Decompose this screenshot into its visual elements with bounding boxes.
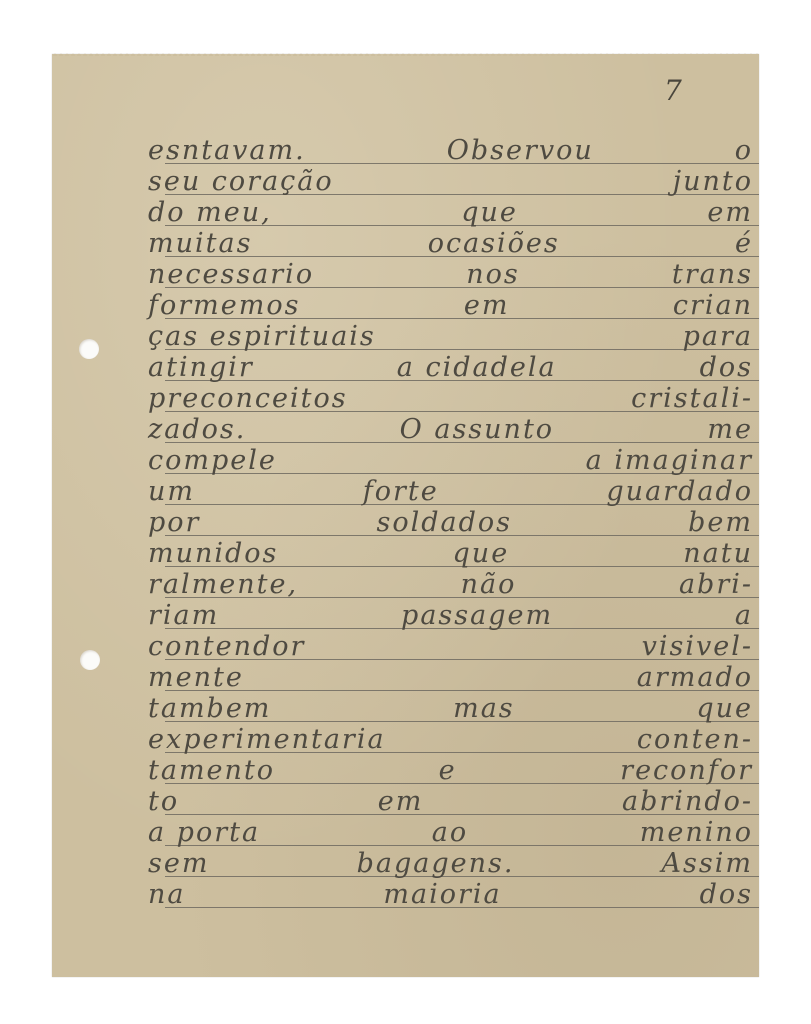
handwritten-word: abri- bbox=[679, 570, 753, 600]
handwritten-word: conten- bbox=[637, 725, 753, 755]
handwritten-word: seu coração bbox=[148, 167, 334, 197]
handwritten-word: esntavam. bbox=[148, 136, 306, 166]
handwritten-word: ocasiões bbox=[428, 229, 560, 259]
handwritten-word: a bbox=[735, 601, 753, 631]
handwritten-word: dos bbox=[700, 353, 753, 383]
handwritten-word: tambem bbox=[148, 694, 271, 724]
handwritten-word: ao bbox=[432, 818, 468, 848]
manuscript-page: 7 esntavam.Observouoseu coraçãojuntodo m… bbox=[52, 54, 759, 977]
handwritten-word: me bbox=[707, 415, 753, 445]
handwritten-word: que bbox=[461, 198, 518, 228]
handwritten-word: junto bbox=[673, 167, 753, 197]
handwritten-word: preconceitos bbox=[148, 384, 348, 414]
handwritten-word: Observou bbox=[447, 136, 594, 166]
handwritten-word: muitas bbox=[148, 229, 252, 259]
handwritten-word: forte bbox=[363, 477, 439, 507]
handwritten-word: atingir bbox=[148, 353, 254, 383]
handwritten-line: esntavam.Observouo bbox=[148, 136, 753, 166]
handwritten-line: contendorvisivel- bbox=[148, 632, 753, 662]
handwritten-word: menino bbox=[640, 818, 753, 848]
handwritten-word: cristali- bbox=[631, 384, 753, 414]
handwritten-word: ças espirituais bbox=[148, 322, 376, 352]
handwritten-word: para bbox=[683, 322, 753, 352]
handwritten-word: natu bbox=[683, 539, 753, 569]
handwritten-word: bem bbox=[688, 508, 753, 538]
handwritten-word: por bbox=[148, 508, 200, 538]
perforated-top-edge bbox=[52, 51, 759, 56]
handwritten-word: que bbox=[453, 539, 510, 569]
handwritten-word: reconfor bbox=[620, 756, 753, 786]
handwritten-word: o bbox=[735, 136, 753, 166]
handwritten-line: muitasocasiõesé bbox=[148, 229, 753, 259]
handwritten-line: mentearmado bbox=[148, 663, 753, 693]
punch-hole-bottom bbox=[80, 650, 100, 670]
handwritten-word: soldados bbox=[377, 508, 513, 538]
handwritten-line: formemosemcrian bbox=[148, 291, 753, 321]
handwritten-line: seu coraçãojunto bbox=[148, 167, 753, 197]
handwritten-word: e bbox=[439, 756, 457, 786]
handwritten-line: preconceitoscristali- bbox=[148, 384, 753, 414]
handwritten-line: toemabrindo- bbox=[148, 787, 753, 817]
handwritten-word: O assunto bbox=[400, 415, 554, 445]
handwritten-word: um bbox=[148, 477, 195, 507]
handwritten-word: munidos bbox=[148, 539, 278, 569]
handwritten-word: guardado bbox=[606, 477, 753, 507]
handwritten-word: mente bbox=[148, 663, 244, 693]
handwritten-line: do meu,queem bbox=[148, 198, 753, 228]
handwritten-word: riam bbox=[148, 601, 219, 631]
handwritten-line: a portaaomenino bbox=[148, 818, 753, 848]
handwritten-line: tambemmasque bbox=[148, 694, 753, 724]
handwritten-word: armado bbox=[637, 663, 753, 693]
handwritten-word: zados. bbox=[148, 415, 246, 445]
handwritten-word: na bbox=[148, 880, 186, 910]
handwritten-word: do meu, bbox=[148, 198, 272, 228]
handwritten-line: sembagagens.Assim bbox=[148, 849, 753, 879]
handwritten-word: mas bbox=[453, 694, 515, 724]
handwritten-word: to bbox=[148, 787, 179, 817]
handwritten-line: compelea imaginar bbox=[148, 446, 753, 476]
handwritten-word: crian bbox=[673, 291, 753, 321]
handwritten-line: ralmente,nãoabri- bbox=[148, 570, 753, 600]
handwritten-line: necessarionostrans bbox=[148, 260, 753, 290]
handwritten-line: ças espirituaispara bbox=[148, 322, 753, 352]
handwritten-word: a porta bbox=[148, 818, 260, 848]
handwritten-word: não bbox=[461, 570, 517, 600]
handwritten-word: que bbox=[696, 694, 753, 724]
handwritten-word: visivel- bbox=[642, 632, 753, 662]
handwritten-word: em bbox=[707, 198, 753, 228]
handwritten-word: a cidadela bbox=[397, 353, 557, 383]
handwritten-line: namaioriados bbox=[148, 880, 753, 910]
handwritten-word: em bbox=[378, 787, 424, 817]
handwritten-word: ralmente, bbox=[148, 570, 298, 600]
handwritten-word: bagagens. bbox=[357, 849, 515, 879]
handwritten-word: tamento bbox=[148, 756, 275, 786]
handwritten-word: formemos bbox=[148, 291, 300, 321]
handwritten-line: experimentariaconten- bbox=[148, 725, 753, 755]
handwritten-line: riampassagema bbox=[148, 601, 753, 631]
handwritten-line: umforteguardado bbox=[148, 477, 753, 507]
handwritten-word: passagem bbox=[401, 601, 553, 631]
handwritten-word: trans bbox=[672, 260, 753, 290]
handwritten-word: abrindo- bbox=[622, 787, 753, 817]
handwritten-line: atingira cidadelados bbox=[148, 353, 753, 383]
handwritten-word: sem bbox=[148, 849, 209, 879]
handwritten-word: a imaginar bbox=[586, 446, 753, 476]
handwritten-word: maioria bbox=[383, 880, 501, 910]
handwritten-line: porsoldadosbem bbox=[148, 508, 753, 538]
handwritten-word: em bbox=[464, 291, 510, 321]
handwritten-line: zados.O assuntome bbox=[148, 415, 753, 445]
page-number: 7 bbox=[664, 74, 682, 107]
handwritten-word: compele bbox=[148, 446, 277, 476]
handwritten-word: é bbox=[735, 229, 753, 259]
handwritten-word: dos bbox=[700, 880, 753, 910]
handwritten-line: munidosquenatu bbox=[148, 539, 753, 569]
handwritten-line: tamentoereconfor bbox=[148, 756, 753, 786]
handwritten-word: experimentaria bbox=[148, 725, 386, 755]
handwritten-word: contendor bbox=[148, 632, 305, 662]
punch-hole-top bbox=[79, 339, 99, 359]
handwritten-word: nos bbox=[466, 260, 520, 290]
handwritten-word: necessario bbox=[148, 260, 314, 290]
handwritten-word: Assim bbox=[662, 849, 753, 879]
